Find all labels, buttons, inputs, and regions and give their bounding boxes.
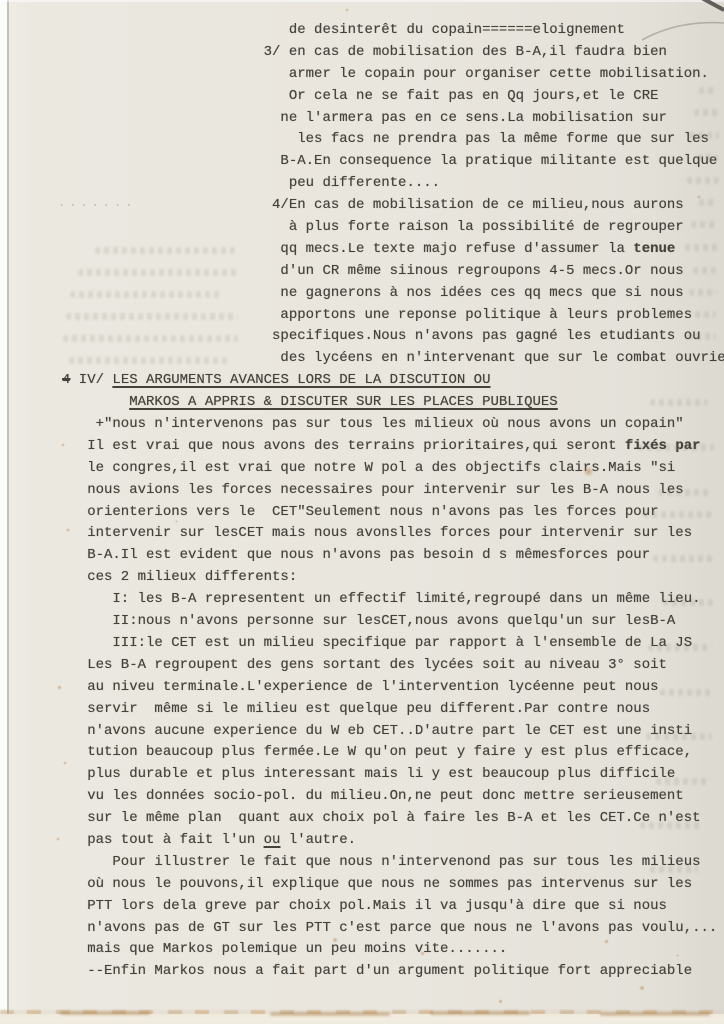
section-heading: 4 IV/ LES ARGUMENTS AVANCES LORS DE LA D… [62,370,722,392]
text-line: ne l'armera pas en ce sens.La mobilisati… [62,108,722,130]
text-line: --Enfin Markos nous a fait part d'un arg… [62,961,722,983]
text-line: Les B-A regroupent des gens sortant des … [62,655,722,677]
text-line: n'avons pas de GT sur les PTT c'est parc… [62,918,722,940]
foxing-spot [299,969,303,973]
text-line: intervenir sur lesCET mais nous avonslle… [62,523,722,545]
underlined-text: MARKOS A APPRIS & DISCUTER SUR LES PLACE… [129,394,557,410]
edge-stain [270,1012,390,1016]
text-line: nous avions les forces necessaires pour … [62,480,722,502]
edge-stain [600,1012,710,1016]
bleed-through-smudge [643,511,713,518]
text-line: 3/ en cas de mobilisation des B-A,il fau… [62,42,722,64]
bleed-through-smudge [689,132,719,139]
text-segment: pas tout à fait l'un [62,832,264,848]
edge-stain [430,1011,530,1015]
text-line: à plus forte raison la possibilité de re… [62,217,722,239]
bleed-through-smudge [687,177,719,184]
bleed-through-smudge [691,221,717,228]
bleed-through-smudge [640,822,700,829]
bleed-through-smudge [699,87,717,94]
foxing-spot [676,954,679,957]
bleed-through-smudge [650,399,708,406]
bleed-through-smudge [69,357,227,364]
edge-stain [60,1011,150,1015]
bleed-through-smudge [660,689,712,696]
foxing-spot [604,939,609,944]
text-line: le congres,il est vrai que notre W pol a… [62,458,722,480]
foxing-spot [57,685,62,690]
text-line: II:nous n'avons personne sur lesCET,nous… [62,611,722,633]
underlined-text: ou [264,832,281,848]
foxing-spot [56,837,60,841]
section-heading: MARKOS A APPRIS & DISCUTER SUR LES PLACE… [62,392,722,414]
bleed-through-smudge [95,247,235,254]
text-line: vu les données socio-pol. du milieu.On,n… [62,786,722,808]
bleed-through-smudge [699,199,716,206]
text-line: I: les B-A representent un effectif limi… [62,589,722,611]
bleed-through-smudge [78,269,238,276]
bleed-through-smudge [694,109,718,116]
text-line: tution beaucoup plus fermée.Le W qu'on p… [62,742,722,764]
bleed-through-smudge [648,644,712,651]
scanned-document-page: { "document": { "kind": "typewritten-sca… [0,0,724,1024]
bleed-through-smudge [663,599,713,606]
text-line: servir même si le milieu est quelque peu… [62,699,722,721]
faint-dotted-line: ....... [58,196,136,210]
bleed-through-smudge [689,289,717,296]
text-segment: l'autre. [280,832,356,848]
text-line: armer le copain pour organiser cette mob… [62,64,722,86]
text-line: plus durable et plus interessant mais li… [62,764,722,786]
text-line: au niveu terminale.L'experience de l'int… [62,677,722,699]
text-line: sur le même plan quant aux choix pol à f… [62,808,722,830]
bleed-through-smudge [66,313,238,320]
foxing-spot [345,8,349,12]
foxing-spot [697,195,701,199]
text-line: III:le CET est un milieu specifique par … [62,633,722,655]
text-line: PTT lors dela greve par choix pol.Mais i… [62,896,722,918]
bleed-through-smudge [638,444,714,451]
text-line: Or cela ne se fait pas en Qq jours,et le… [62,86,722,108]
text-line: les facs ne prendra pas la même forme qu… [62,129,722,151]
bleed-through-smudge [656,778,710,785]
text-line: peu differente.... [62,173,722,195]
text-segment: Il est vrai que nous avons des terrains … [62,438,625,454]
text-line: orienterions vers le CET"Seulement nous … [62,502,722,524]
text-segment: tenue [633,241,675,257]
bleed-through-smudge [687,333,716,340]
foxing-spot [498,999,503,1004]
text-line: ces 2 milieux differents: [62,567,722,589]
bleed-through-smudge [63,335,238,342]
text-line: pas tout à fait l'un ou l'autre. [62,830,722,852]
bleed-through-smudge [685,244,718,251]
bleed-through-smudge [653,555,713,562]
foxing-spot [61,443,65,447]
text-line: Il est vrai que nous avons des terrains … [62,436,722,458]
foxing-spot [66,528,70,532]
text-line: où nous le pouvons,il explique que nous … [62,874,722,896]
text-line: n'avons aucune experience du W eb CET..D… [62,721,722,743]
bleed-through-smudge [693,267,716,274]
bleed-through-smudge [695,311,716,318]
text-line: mais que Markos polemique un peu moins v… [62,939,722,961]
typewritten-text: de desinterêt du copain======eloignement… [62,20,722,983]
foxing-spot [332,937,338,943]
text-line: de desinterêt du copain======eloignement [62,20,722,42]
bleed-through-smudge [646,733,712,740]
bleed-through-smudge [697,154,718,161]
scan-edge-strip [0,0,7,1024]
text-line: Pour illustrer le fait que nous n'interv… [62,852,722,874]
foxing-spot [63,761,67,765]
foxing-spot [175,520,178,523]
bleed-through-smudge [650,866,698,873]
text-line: B-A.Il est evident que nous n'avons pas … [62,545,722,567]
foxing-spot [420,951,425,956]
text-line: B-A.En consequence la pratique militante… [62,151,722,173]
foxing-spot [639,985,645,991]
scan-edge-line [7,0,9,1024]
text-segment [62,394,129,410]
underlined-text: LES ARGUMENTS AVANCES LORS DE LA DISCUTI… [112,372,490,388]
foxing-spot [583,466,594,477]
text-line: +"nous n'intervenons pas sur tous les mi… [62,414,722,436]
bleed-through-smudge [658,489,712,496]
bleed-through-smudge [70,291,220,298]
text-segment: IV/ [70,372,112,388]
text-line: 4/En cas de mobilisation de ce milieu,no… [62,195,722,217]
